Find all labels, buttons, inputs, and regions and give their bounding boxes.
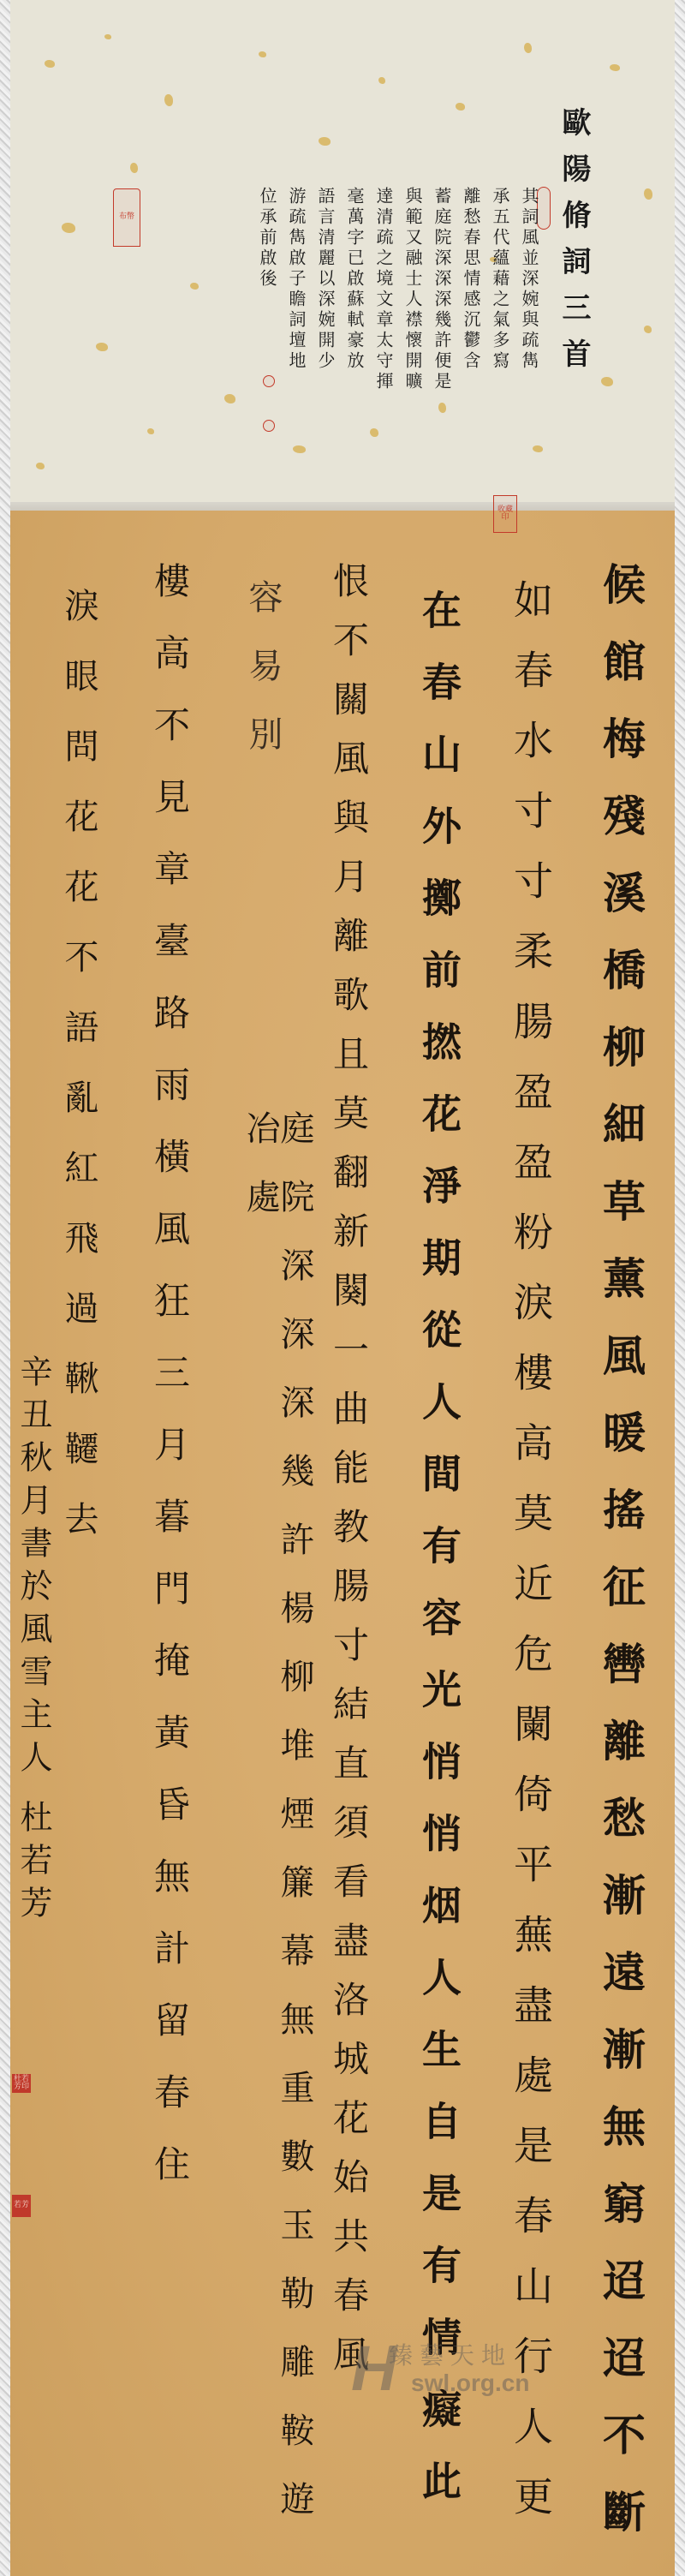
- gold-fleck: [190, 283, 199, 290]
- gold-fleck: [456, 103, 465, 111]
- round-seal: [263, 420, 275, 432]
- colophon-column: 語言清麗以深婉開少: [317, 187, 334, 372]
- gold-fleck: [45, 60, 55, 68]
- text-column-5: 容易別: [246, 579, 280, 785]
- text-column-4: 恨不關風與月離歌且莫翻新闋一曲能教腸寸結直須看盡洛城花始共春風: [331, 562, 366, 2394]
- colophon-column: 其詞風並深婉與疏雋: [521, 187, 538, 372]
- signature-seal: 杜若芳印: [12, 2074, 31, 2093]
- mount-left-border: [0, 0, 10, 2576]
- gold-fleck: [370, 428, 378, 437]
- colophon-column: 位承前啟後: [259, 187, 276, 290]
- signature-date: 辛丑秋月書於風雪主人: [17, 1354, 50, 1783]
- gold-fleck: [644, 188, 652, 200]
- gold-fleck: [524, 43, 532, 53]
- text-column-3: 在春山外擲前撚花淨期從人間有容光悄悄烟人生自是有情癡此: [420, 589, 459, 2532]
- signature-seal: 若芳: [12, 2195, 31, 2217]
- seal-text: 若芳: [14, 2202, 29, 2209]
- gold-fleck: [610, 64, 620, 71]
- gold-fleck: [644, 326, 652, 333]
- gold-fleck: [293, 445, 306, 453]
- gold-fleck: [319, 137, 331, 146]
- seal-text: 收藏印: [494, 506, 516, 523]
- gold-fleck: [96, 343, 108, 351]
- frontispiece-title: 歐陽脩詞三首: [553, 107, 595, 385]
- gold-fleck: [378, 77, 385, 84]
- collector-seal: 收藏印: [493, 495, 517, 533]
- gold-fleck: [224, 394, 235, 403]
- colophon-column: 承五代蘊藉之氣多寫: [491, 187, 509, 372]
- mount-right-border: [675, 0, 685, 2576]
- gold-fleck: [62, 223, 75, 233]
- seal-text: 布幣: [119, 213, 134, 221]
- signature-name: 杜若芳: [17, 1800, 50, 1928]
- gold-fleck: [104, 34, 111, 39]
- coin-shaped-seal: 布幣: [113, 188, 140, 247]
- gold-fleck: [164, 94, 173, 106]
- silk-separator: [10, 502, 675, 511]
- gold-fleck: [147, 428, 154, 434]
- gold-fleck: [533, 445, 543, 452]
- text-column-7: 樓高不見章臺路雨橫風狂三月暮門掩黃昏無計留春住: [152, 562, 188, 2217]
- text-column-6: 庭院深深深幾許楊柳堆煙簾幕無重數玉勒雕鞍遊冶處: [243, 1110, 312, 2576]
- colophon-column: 游疏雋啟子瞻詞壇地: [288, 187, 305, 372]
- colophon-column: 蓄庭院深深深幾許便是: [433, 187, 450, 392]
- gold-fleck: [130, 163, 138, 173]
- gold-fleck: [438, 403, 446, 413]
- colophon-column: 離愁春思情感沉鬱含: [462, 187, 479, 372]
- round-seal: [263, 375, 275, 387]
- text-column-1: 候館梅殘溪橋柳細草薰風暖搖征轡離愁漸遠漸無窮迢迢不斷: [599, 562, 642, 2567]
- text-column-8: 淚眼問花花不語亂紅飛過鞦韆去: [62, 588, 96, 1571]
- calligraphy-paper: 收藏印 候館梅殘溪橋柳細草薰風暖搖征轡離愁漸遠漸無窮迢迢不斷 如春水寸寸柔腸盈盈…: [10, 511, 675, 2576]
- colophon-column: 達清疏之境文章太守揮: [375, 187, 392, 392]
- text-column-2: 如春水寸寸柔腸盈盈粉淚樓高莫近危闌倚平蕪盡處是春山行人更: [511, 579, 551, 2546]
- seal-text: 杜若芳印: [12, 2076, 31, 2092]
- colophon-column: 毫萬字已啟蘇軾豪放: [346, 187, 363, 372]
- colophon-column: 與範又融士人襟懷開曠: [404, 187, 421, 392]
- gold-fleck: [601, 377, 613, 386]
- gold-fleck: [259, 51, 266, 57]
- gold-fleck: [36, 463, 45, 469]
- frontispiece: 布幣 歐陽脩詞三首 其詞風並深婉與疏雋 承五代蘊藉之氣多寫 離愁春思情感沉鬱含 …: [10, 0, 675, 502]
